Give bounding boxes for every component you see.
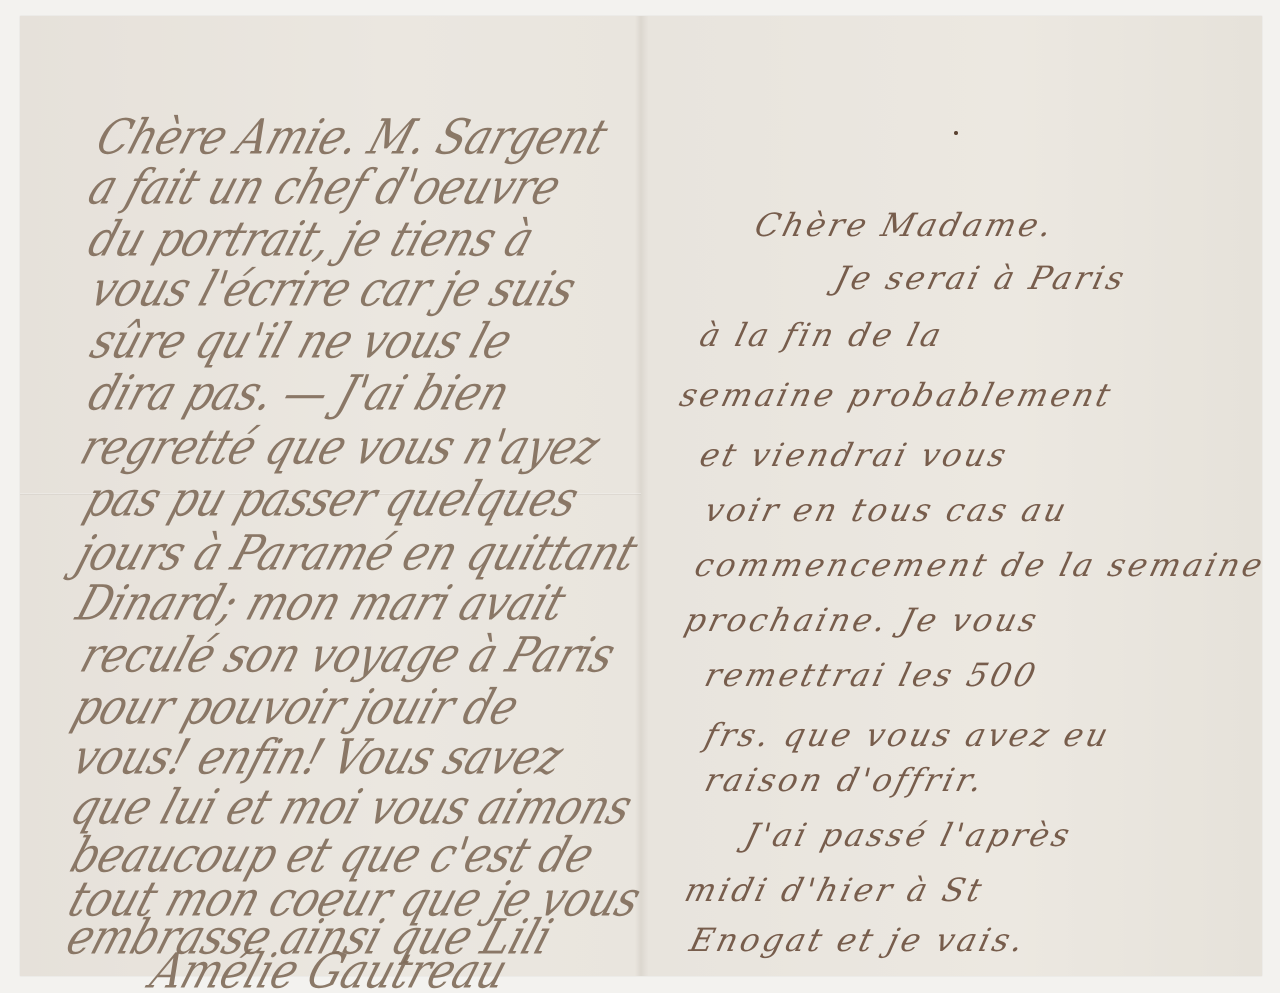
right-line-3: à la fin de la <box>696 316 948 354</box>
right-page: Chère Madame. Je serai à Paris à la fin … <box>641 16 1262 976</box>
right-line-14: Enogat et je vais. <box>686 921 1030 959</box>
right-line-2: Je serai à Paris <box>831 259 1131 297</box>
left-line-12: pour pouvoir jouir de <box>66 679 526 735</box>
right-line-10: frs. que vous avez eu <box>701 716 1115 754</box>
letter-sheet: Chère Amie. M. Sargent a fait un chef d'… <box>20 16 1262 976</box>
right-line-9: remettrai les 500 <box>701 656 1042 694</box>
right-line-13: midi d'hier à St <box>681 871 989 909</box>
right-line-1: Chère Madame. <box>751 206 1059 244</box>
left-page: Chère Amie. M. Sargent a fait un chef d'… <box>20 16 640 976</box>
left-line-9: jours à Paramé en quittant <box>70 525 644 581</box>
left-line-8: pas pu passer quelques <box>78 471 585 527</box>
right-line-7: commencement de la semaine <box>691 546 1269 584</box>
left-line-13: vous! enfin! Vous savez <box>66 729 570 785</box>
left-line-5: sûre qu'il ne vous le <box>84 313 519 369</box>
ink-dot <box>954 131 958 135</box>
right-line-6: voir en tous cas au <box>701 491 1073 529</box>
right-line-4: semaine probablement <box>676 376 1117 414</box>
left-line-10: Dinard; mon mari avait <box>70 575 572 631</box>
left-line-4: vous l'écrire car je suis <box>84 261 583 317</box>
right-line-5: et viendrai vous <box>696 436 1013 474</box>
right-line-8: prochaine. Je vous <box>681 601 1044 639</box>
left-line-2: a fait un chef d'oeuvre <box>82 159 568 215</box>
left-line-11: reculé son voyage à Paris <box>74 627 622 683</box>
right-line-11: raison d'offrir. <box>701 761 989 799</box>
signature: Amélie Gautreau <box>144 943 514 993</box>
left-line-1: Chère Amie. M. Sargent <box>90 109 614 165</box>
right-line-12: J'ai passé l'après <box>741 816 1076 854</box>
left-line-6: dira pas. — J'ai bien <box>82 365 517 421</box>
left-line-3: du portrait, je tiens à <box>82 211 541 267</box>
left-line-7: regretté que vous n'ayez <box>74 419 606 475</box>
